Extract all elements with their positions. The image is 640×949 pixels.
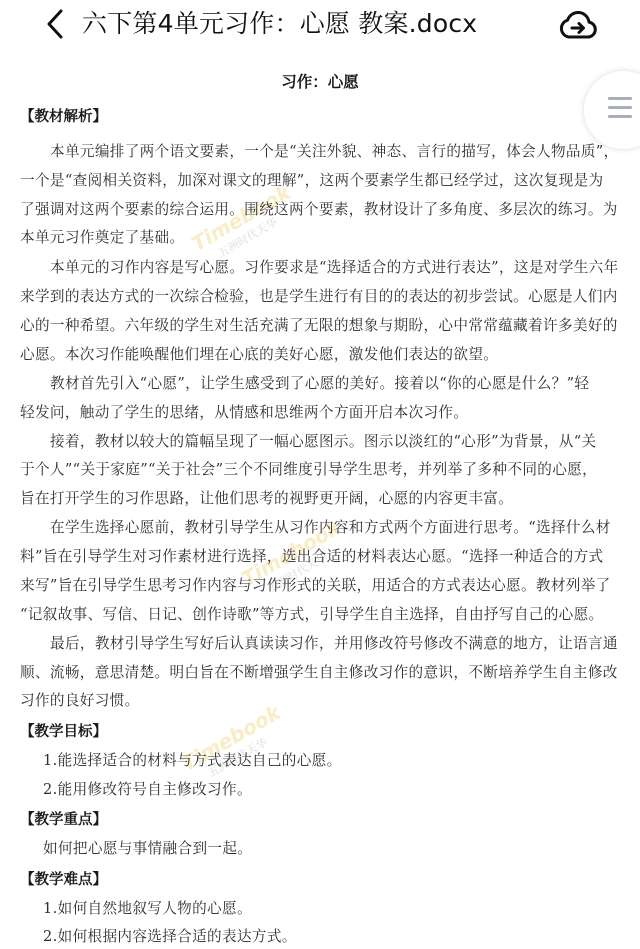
- document-page[interactable]: Timebook 五洲时代天华 Timebook 五洲时代天华 Timebook…: [0, 60, 640, 949]
- paragraph-line: 习作的良好习惯。: [20, 690, 620, 712]
- paragraph-line: 接着，教材以较大的篇幅呈现了一幅心愿图示。图示以淡红的“心形”为背景，从“关: [50, 431, 620, 453]
- cloud-upload-arrow-icon: [558, 7, 598, 41]
- paragraph-line: 轻发问，触动了学生的思绪，从情感和思维两个方面开启本次习作。: [20, 402, 620, 424]
- paragraph-line: 来学到的表达方式的一次综合检验，也是学生进行有目的的表达的初步尝试。心愿是人们内: [20, 286, 620, 308]
- cloud-upload-button[interactable]: [558, 5, 598, 43]
- paragraph-line: 本单元的习作内容是写心愿。习作要求是“选择适合的方式进行表达”，这是对学生六年: [50, 257, 620, 279]
- paragraph-line: 一个是“查阅相关资料，加深对课文的理解”，这两个要素学生都已经学过，这次复现是为: [20, 170, 620, 192]
- paragraph-line: 料”旨在引导学生对习作素材进行选择，选出合适的材料表达心愿。“选择一种适合的方式: [20, 546, 620, 568]
- paragraph-line: 来写”旨在引导学生思考习作内容与习作形式的关联，用适合的方式表达心愿。教材列举了: [20, 575, 620, 597]
- top-bar: 六下第4单元习作：心愿 教案.docx: [0, 0, 640, 50]
- chevron-left-icon: [44, 8, 66, 40]
- paragraph-line: “记叙故事、写信、日记、创作诗歌”等方式，引导学生自主选择，自由抒写自己的心愿。: [20, 604, 620, 626]
- list-item: 1.能选择适合的材料与方式表达自己的心愿。: [43, 750, 640, 772]
- section-heading-analysis: 【教材解析】: [20, 106, 107, 128]
- paragraph-line: 心愿。本次习作能唤醒他们埋在心底的美好心愿，激发他们表达的欲望。: [20, 344, 620, 366]
- section-heading-difficulties: 【教学难点】: [20, 869, 107, 891]
- paragraph-line: 旨在打开学生的习作思路，让他们思考的视野更开阔，心愿的内容更丰富。: [20, 488, 620, 510]
- section-heading-goals: 【教学目标】: [20, 721, 107, 743]
- paragraph-line: 本单元习作奠定了基础。: [20, 227, 620, 249]
- list-item: 如何把心愿与事情融合到一起。: [43, 838, 640, 860]
- paragraph-line: 最后，教材引导学生写好后认真读读习作，并用修改符号修改不满意的地方，让语言通: [50, 633, 620, 655]
- list-item: 2.能用修改符号自主修改习作。: [43, 779, 640, 801]
- document-title: 习作：心愿: [0, 71, 640, 93]
- section-heading-key-points: 【教学重点】: [20, 809, 107, 831]
- paragraph-line: 在学生选择心愿前，教材引导学生从习作内容和方式两个方面进行思考。“选择什么材: [50, 517, 620, 539]
- file-title: 六下第4单元习作：心愿 教案.docx: [82, 6, 477, 42]
- list-item: 2.如何根据内容选择合适的表达方式。: [43, 926, 640, 948]
- back-button[interactable]: [40, 6, 70, 42]
- watermark: Timebook 五洲时代天华: [177, 700, 292, 790]
- list-item: 1.如何自然地叙写人物的心愿。: [43, 898, 640, 920]
- paragraph-line: 于个人”“关于家庭”“关于社会”三个不同维度引导学生思考，并列举了多种不同的心愿…: [20, 459, 620, 481]
- paragraph-line: 教材首先引入“心愿”，让学生感受到了心愿的美好。接着以“你的心愿是什么？”轻: [50, 373, 620, 395]
- paragraph-line: 顺、流畅，意思清楚。明白旨在不断增强学生自主修改习作的意识，不断培养学生自主修改: [20, 662, 620, 684]
- paragraph-line: 心的一种希望。六年级的学生对生活充满了无限的想象与期盼，心中常常蕴藏着许多美好的: [20, 315, 620, 337]
- paragraph-line: 了强调对这两个要素的综合运用。围绕这两个要素，教材设计了多角度、多层次的练习。为: [20, 199, 620, 221]
- paragraph-line: 本单元编排了两个语文要素，一个是“关注外貌、神态、言行的描写，体会人物品质”，: [50, 141, 620, 163]
